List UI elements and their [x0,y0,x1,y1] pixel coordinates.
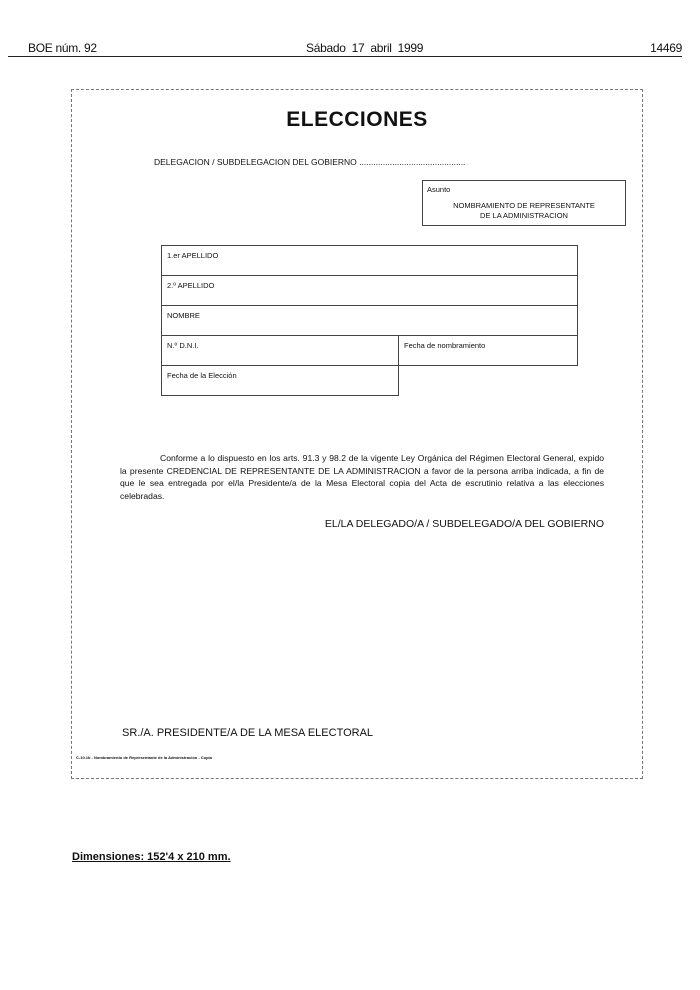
addressee-line: SR./A. PRESIDENTE/A DE LA MESA ELECTORAL [122,727,373,739]
field-label: 1.er APELLIDO [167,251,218,260]
subject-line-2: DE LA ADMINISTRACION [423,211,625,221]
signature-line: EL/LA DELEGADO/A / SUBDELEGADO/A DEL GOB… [325,518,604,530]
field-label: Fecha de la Elección [167,371,237,380]
delegation-line: DELEGACION / SUBDELEGACION DEL GOBIERNO … [154,157,465,167]
dimensions-note: Dimensiones: 152'4 x 210 mm. [72,851,231,863]
field-label: NOMBRE [167,311,200,320]
body-paragraph: Conforme a lo dispuesto en los arts. 91.… [120,452,604,502]
form-code: C-10.1b - Nombramiento de Representante … [76,755,212,760]
field-fecha-eleccion[interactable]: Fecha de la Elección [161,365,399,396]
field-nombre[interactable]: NOMBRE [161,305,578,335]
subject-value: NOMBRAMIENTO DE REPRESENTANTE DE LA ADMI… [423,201,625,221]
field-row-dni: N.º D.N.I. Fecha de nombramiento [161,335,578,366]
issue-number: BOE núm. 92 [28,41,97,55]
field-label: 2.º APELLIDO [167,281,214,290]
credential-form: ELECCIONES DELEGACION / SUBDELEGACION DE… [71,89,643,779]
field-label: N.º D.N.I. [167,341,199,350]
field-apellido-2[interactable]: 2.º APELLIDO [161,275,578,305]
page-number: 14469 [650,41,682,55]
form-title: ELECCIONES [72,108,642,132]
body-text: Conforme a lo dispuesto en los arts. 91.… [120,452,604,502]
issue-date: Sábado 17 abril 1999 [306,41,423,55]
subject-line-1: NOMBRAMIENTO DE REPRESENTANTE [423,201,625,211]
field-apellido-1[interactable]: 1.er APELLIDO [161,245,578,275]
subject-label: Asunto [427,185,450,194]
field-fecha-nombramiento[interactable]: Fecha de nombramiento [399,336,577,365]
page-header: BOE núm. 92 Sábado 17 abril 1999 14469 [8,38,682,57]
field-dni[interactable]: N.º D.N.I. [162,336,399,365]
field-label: Fecha de nombramiento [404,341,485,350]
personal-data-grid: 1.er APELLIDO 2.º APELLIDO NOMBRE N.º D.… [161,245,578,396]
subject-box: Asunto NOMBRAMIENTO DE REPRESENTANTE DE … [422,180,626,226]
